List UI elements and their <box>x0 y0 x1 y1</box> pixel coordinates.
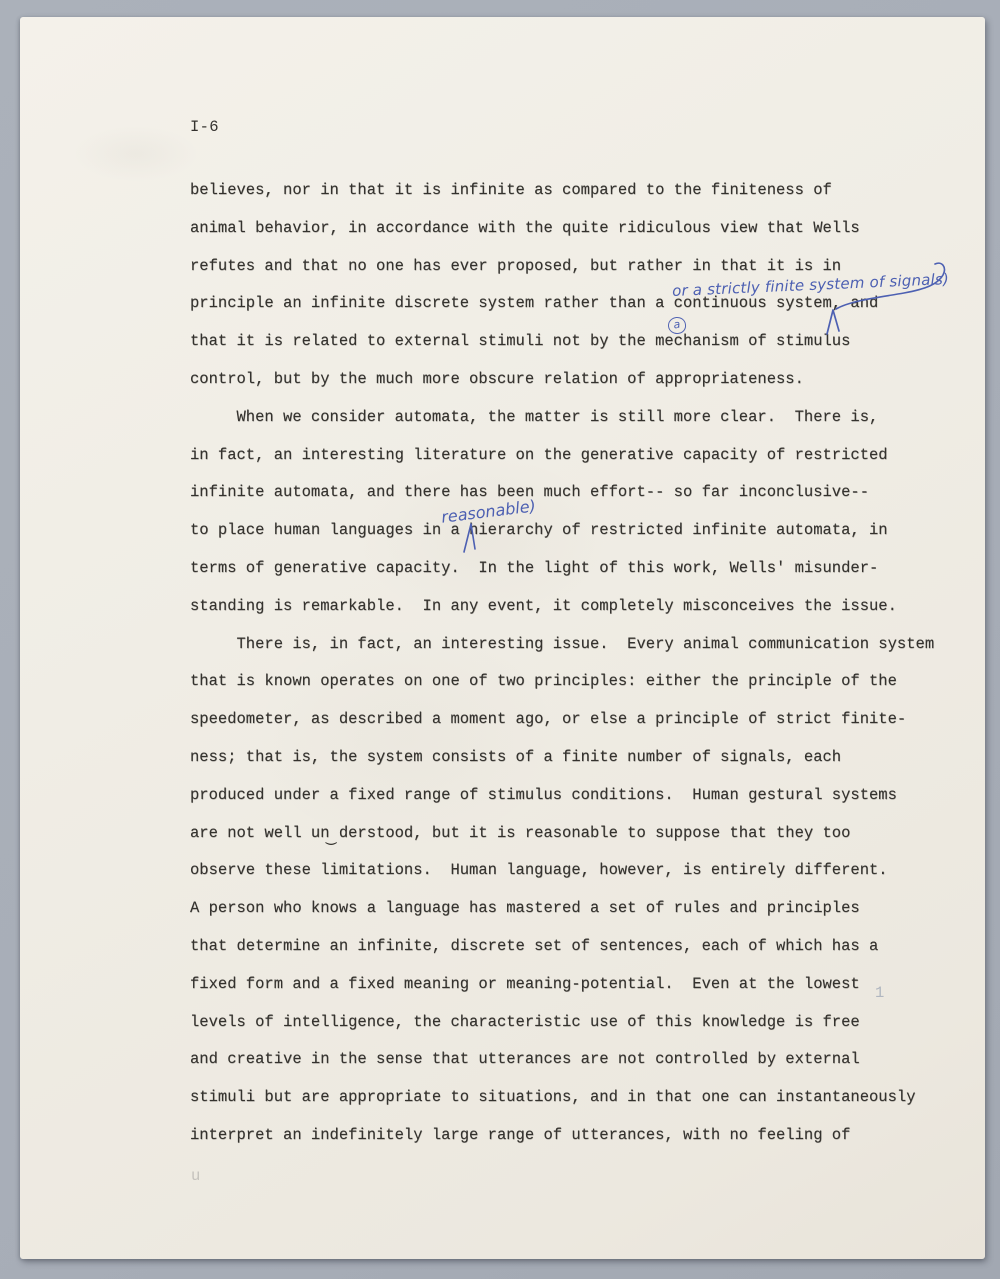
typed-line: standing is remarkable. In any event, it… <box>190 588 934 626</box>
typed-line: and creative in the sense that utterance… <box>190 1041 934 1079</box>
typed-line: There is, in fact, an interesting issue.… <box>190 626 934 664</box>
typed-line: that is known operates on one of two pri… <box>190 663 934 701</box>
typed-line: fixed form and a fixed meaning or meanin… <box>190 966 934 1004</box>
typed-line: control, but by the much more obscure re… <box>190 361 934 399</box>
typed-line: When we consider automata, the matter is… <box>190 399 934 437</box>
typed-body: believes, nor in that it is infinite as … <box>190 172 934 1155</box>
typed-line: that determine an infinite, discrete set… <box>190 928 934 966</box>
typed-line: to place human languages in a hierarchy … <box>190 512 934 550</box>
typed-line: A person who knows a language has master… <box>190 890 934 928</box>
typed-line: believes, nor in that it is infinite as … <box>190 172 934 210</box>
typed-line: observe these limitations. Human languag… <box>190 852 934 890</box>
typed-line: produced under a fixed range of stimulus… <box>190 777 934 815</box>
typed-line: levels of intelligence, the characterist… <box>190 1004 934 1042</box>
typed-line: terms of generative capacity. In the lig… <box>190 550 934 588</box>
typed-line: stimuli but are appropriate to situation… <box>190 1079 934 1117</box>
faint-typed-character-1: 1 <box>875 975 884 1013</box>
typed-line: animal behavior, in accordance with the … <box>190 210 934 248</box>
faint-typed-character-u: u <box>191 1158 200 1196</box>
typed-line: ness; that is, the system consists of a … <box>190 739 934 777</box>
typed-line: are not well un derstood, but it is reas… <box>190 815 934 853</box>
typed-line: infinite automata, and there has been mu… <box>190 474 934 512</box>
page-number: I-6 <box>190 118 219 136</box>
typed-line: interpret an indefinitely large range of… <box>190 1117 934 1155</box>
close-up-proof-mark: ‿ <box>326 826 336 847</box>
typed-line: in fact, an interesting literature on th… <box>190 437 934 475</box>
typed-line: that it is related to external stimuli n… <box>190 323 934 361</box>
typed-line: speedometer, as described a moment ago, … <box>190 701 934 739</box>
